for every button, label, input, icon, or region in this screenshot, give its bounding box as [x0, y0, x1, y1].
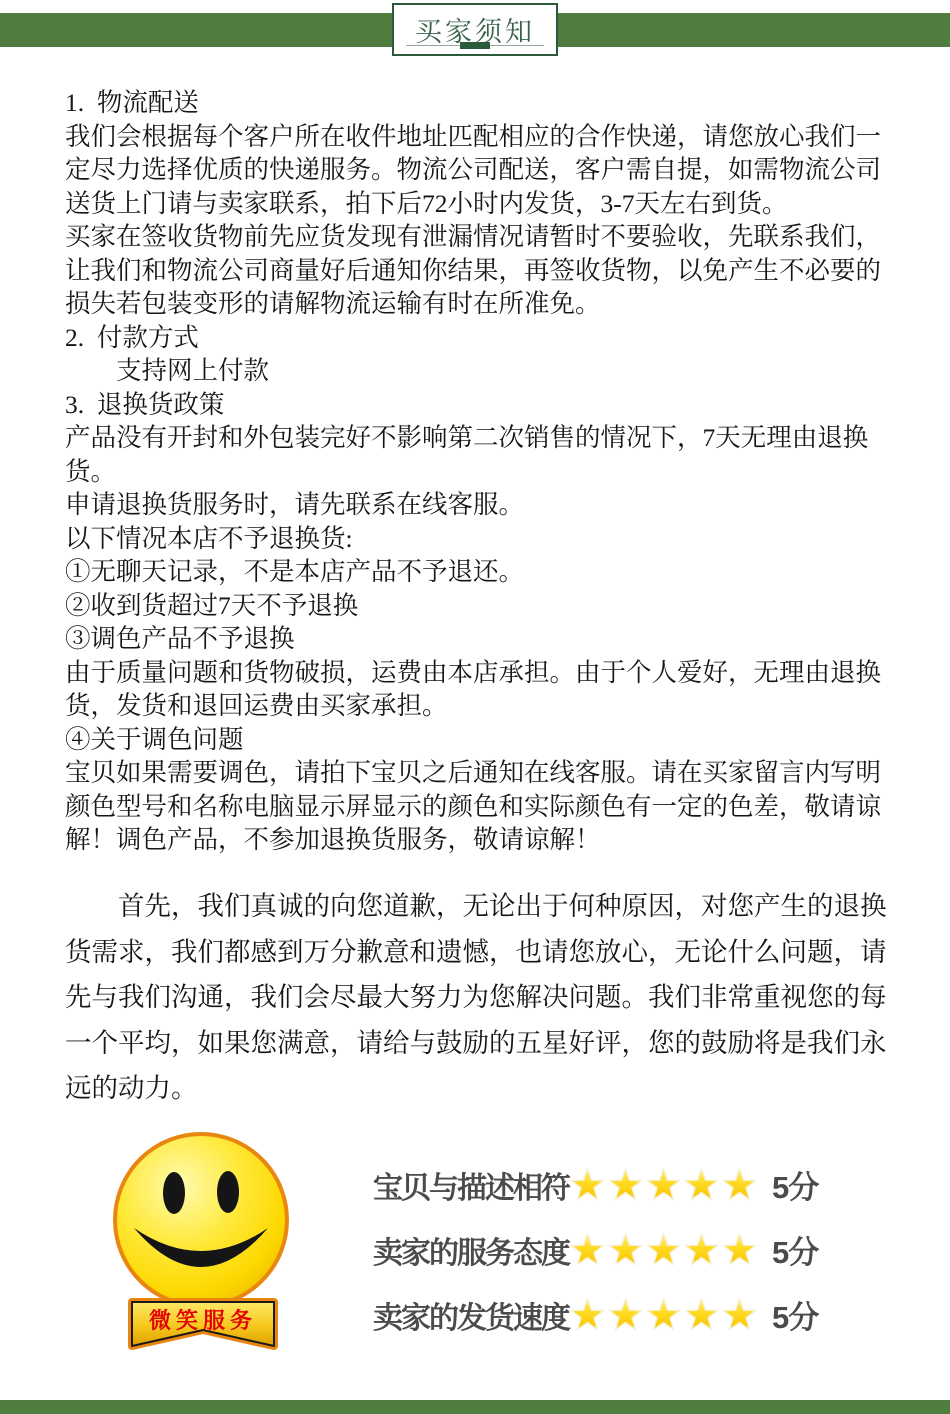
- notice-line: 颜色型号和名称电脑显示屏显示的颜色和实际颜色有一定的色差，敬请谅: [65, 790, 893, 824]
- star-icon: [683, 1166, 720, 1204]
- rating-score: 5分: [772, 1162, 818, 1207]
- smiley-caption: 微笑服务: [149, 1308, 257, 1333]
- notice-line: 让我们和物流公司商量好后通知你结果，再签收货物，以免产生不必要的: [65, 254, 893, 288]
- smiley-right-eye: [217, 1171, 239, 1213]
- star-icon: [645, 1231, 682, 1269]
- star-icon: [607, 1166, 644, 1204]
- notice-line: 产品没有开封和外包装完好不影响第二次销售的情况下，7天无理由退换: [65, 421, 893, 455]
- notice-line: 货，发货和退回运费由买家承担。: [65, 689, 893, 723]
- star-icon: [569, 1231, 606, 1269]
- notice-line: 支持网上付款: [65, 354, 893, 388]
- notice-line: ②收到货超过7天不予退换: [65, 589, 893, 623]
- rating-label: 宝贝与描述相符: [373, 1163, 569, 1207]
- rating-stars: [569, 1296, 759, 1334]
- buyer-notice-page: 买家须知 1. 物流配送我们会根据每个客户所在收件地址匹配相应的合作快递，请您放…: [0, 0, 950, 1414]
- rating-label: 卖家的发货速度: [373, 1293, 569, 1337]
- star-icon: [569, 1296, 606, 1334]
- notice-line: ④关于调色问题: [65, 723, 893, 757]
- rating-score: 5分: [772, 1292, 818, 1337]
- notice-line: 2. 付款方式: [65, 321, 893, 355]
- notice-line: 送货上门请与卖家联系，拍下后72小时内发货，3-7天左右到货。: [65, 187, 893, 221]
- rating-row: 宝贝与描述相符5分: [373, 1152, 853, 1217]
- apology-line: 先与我们沟通，我们会尽最大努力为您解决问题。我们非常重视您的每: [65, 975, 893, 1021]
- rating-stars: [569, 1166, 759, 1204]
- notice-line: 我们会根据每个客户所在收件地址匹配相应的合作快递，请您放心我们一: [65, 120, 893, 154]
- notice-line: 由于质量问题和货物破损，运费由本店承担。由于个人爱好，无理由退换: [65, 656, 893, 690]
- star-icon: [721, 1166, 758, 1204]
- bottom-green-stripe: [0, 1400, 950, 1414]
- star-icon: [683, 1296, 720, 1334]
- notice-line: 3. 退换货政策: [65, 388, 893, 422]
- star-icon: [683, 1231, 720, 1269]
- rating-stars: [569, 1231, 759, 1269]
- apology-line: 远的动力。: [65, 1066, 893, 1112]
- smiley-service-badge: 微笑服务: [98, 1132, 308, 1352]
- rating-label: 卖家的服务态度: [373, 1228, 569, 1272]
- apology-text-block: 首先，我们真诚的向您道歉，无论出于何种原因，对您产生的退换货需求，我们都感到万分…: [65, 884, 893, 1112]
- smiley-left-eye: [163, 1172, 185, 1214]
- notice-line: 申请退换货服务时，请先联系在线客服。: [65, 488, 893, 522]
- title-underline: [406, 45, 544, 46]
- rating-list: 宝贝与描述相符5分卖家的服务态度5分卖家的发货速度5分: [373, 1152, 853, 1347]
- notice-text-block: 1. 物流配送我们会根据每个客户所在收件地址匹配相应的合作快递，请您放心我们一定…: [65, 86, 893, 857]
- star-icon: [721, 1296, 758, 1334]
- notice-line: 宝贝如果需要调色，请拍下宝贝之后通知在线客服。请在买家留言内写明: [65, 756, 893, 790]
- rating-row: 卖家的服务态度5分: [373, 1217, 853, 1282]
- notice-line: 以下情况本店不予退换货:: [65, 522, 893, 556]
- notice-line: 损失若包装变形的请解物流运输有时在所准免。: [65, 287, 893, 321]
- rating-score: 5分: [772, 1227, 818, 1272]
- apology-line: 首先，我们真诚的向您道歉，无论出于何种原因，对您产生的退换: [65, 884, 893, 930]
- star-icon: [721, 1231, 758, 1269]
- apology-line: 货需求，我们都感到万分歉意和遗憾，也请您放心，无论什么问题，请: [65, 930, 893, 976]
- smiley-face: [115, 1134, 287, 1306]
- notice-line: 定尽力选择优质的快递服务。物流公司配送，客户需自提，如需物流公司: [65, 153, 893, 187]
- star-icon: [645, 1296, 682, 1334]
- underline-accent-rect: [460, 42, 490, 49]
- rating-row: 卖家的发货速度5分: [373, 1282, 853, 1347]
- notice-line: 1. 物流配送: [65, 86, 893, 120]
- star-icon: [607, 1231, 644, 1269]
- notice-line: 解！调色产品，不参加退换货服务，敬请谅解！: [65, 823, 893, 857]
- notice-line: ①无聊天记录，不是本店产品不予退还。: [65, 555, 893, 589]
- notice-line: ③调色产品不予退换: [65, 622, 893, 656]
- apology-line: 一个平均，如果您满意，请给与鼓励的五星好评，您的鼓励将是我们永: [65, 1021, 893, 1067]
- star-icon: [645, 1166, 682, 1204]
- header-badge: 买家须知: [392, 3, 558, 56]
- notice-line: 买家在签收货物前先应货发现有泄漏情况请暂时不要验收，先联系我们，: [65, 220, 893, 254]
- star-icon: [569, 1166, 606, 1204]
- star-icon: [607, 1296, 644, 1334]
- notice-line: 货。: [65, 455, 893, 489]
